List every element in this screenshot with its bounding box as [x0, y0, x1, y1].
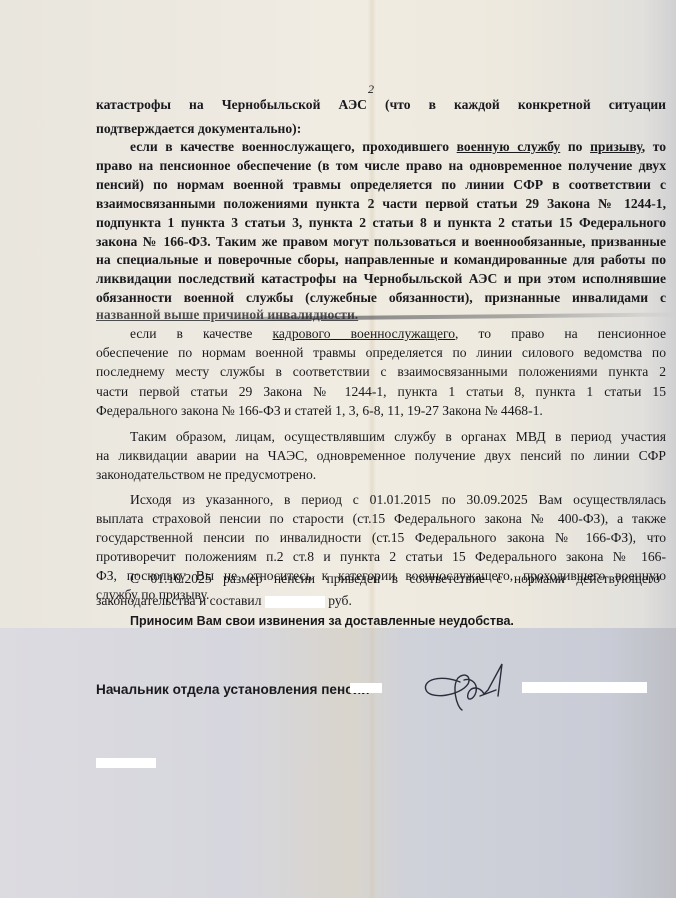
redacted-org — [350, 683, 382, 693]
signatory-title-text: Начальник отдела установления пенсий — [96, 682, 369, 697]
text-line: закона № 166-ФЗ. Таким же правом могут п… — [96, 233, 666, 251]
handwritten-signature — [420, 660, 530, 720]
underlined-term: кадрового военнослужащего — [272, 326, 455, 341]
text-line: пенсий) по нормам военной травмы определ… — [96, 176, 666, 194]
text-line: Исходя из указанного, в период с 01.01.2… — [130, 491, 666, 509]
text-segment: законодательства и составил — [96, 593, 265, 608]
redacted-signatory-name — [522, 682, 647, 693]
text-segment: , то право на пенсионное — [455, 326, 666, 341]
text-line: последнему месту службы в соответствии с… — [96, 363, 666, 381]
letter-page: 2 катастрофы на Чернобыльской АЭС (что в… — [0, 0, 676, 898]
underlined-term: призыву — [590, 139, 642, 154]
text-line: на специальные и поверочные сборы, напра… — [96, 251, 666, 269]
redacted-amount — [265, 596, 325, 608]
text-line: право на пенсионное обеспечение (в том ч… — [96, 157, 666, 175]
text-line: обеспечение по нормам военной травмы опр… — [96, 344, 666, 362]
text-line: государственной пенсии по инвалидности (… — [96, 529, 666, 547]
text-line: подпункта 1 пункта 3 статьи 3, пункта 2 … — [96, 214, 666, 232]
text-line: взаимосвязанными положениями пункта 2 ча… — [96, 195, 666, 213]
signatory-title: Начальник отдела установления пенсий — [96, 682, 369, 697]
text-line: обязанности военной службы (служебные об… — [96, 289, 666, 307]
text-segment: если в качестве — [130, 326, 272, 341]
text-segment: руб. — [325, 593, 352, 608]
text-line: на ликвидации аварии на ЧАЭС, одновремен… — [96, 447, 666, 465]
text-line: Федерального закона № 166-ФЗ и статей 1,… — [96, 402, 666, 420]
text-line: выплата страховой пенсии по старости (ст… — [96, 510, 666, 528]
text-segment: , то — [642, 139, 666, 154]
text-line: Таким образом, лицам, осуществлявшим слу… — [130, 428, 666, 446]
text-line: противоречит положениям п.2 ст.8 и пункт… — [96, 548, 666, 566]
text-line: если в качестве военнослужащего, проходи… — [130, 138, 666, 156]
text-line: ликвидации последствий катастрофы на Чер… — [96, 270, 666, 288]
text-line: законодательства и составил руб. — [96, 592, 666, 610]
redacted-executor — [96, 758, 156, 768]
text-line: подтверждается документально): — [96, 120, 666, 138]
page-number: 2 — [368, 82, 374, 97]
text-line: катастрофы на Чернобыльской АЭС (что в к… — [96, 96, 666, 114]
underlined-term: военную службу — [457, 139, 561, 154]
text-line: если в качестве кадрового военнослужащег… — [130, 325, 666, 343]
text-line: Приносим Вам свои извинения за доставлен… — [130, 612, 666, 630]
text-segment: если в качестве военнослужащего, проходи… — [130, 139, 457, 154]
text-line: законодательством не предусмотрено. — [96, 466, 666, 484]
text-line: С 01.10.2025 размер пенсии приведен в со… — [130, 570, 660, 588]
text-segment: по — [560, 139, 590, 154]
text-line: части первой статьи 29 Закона № 1244-1, … — [96, 383, 666, 401]
